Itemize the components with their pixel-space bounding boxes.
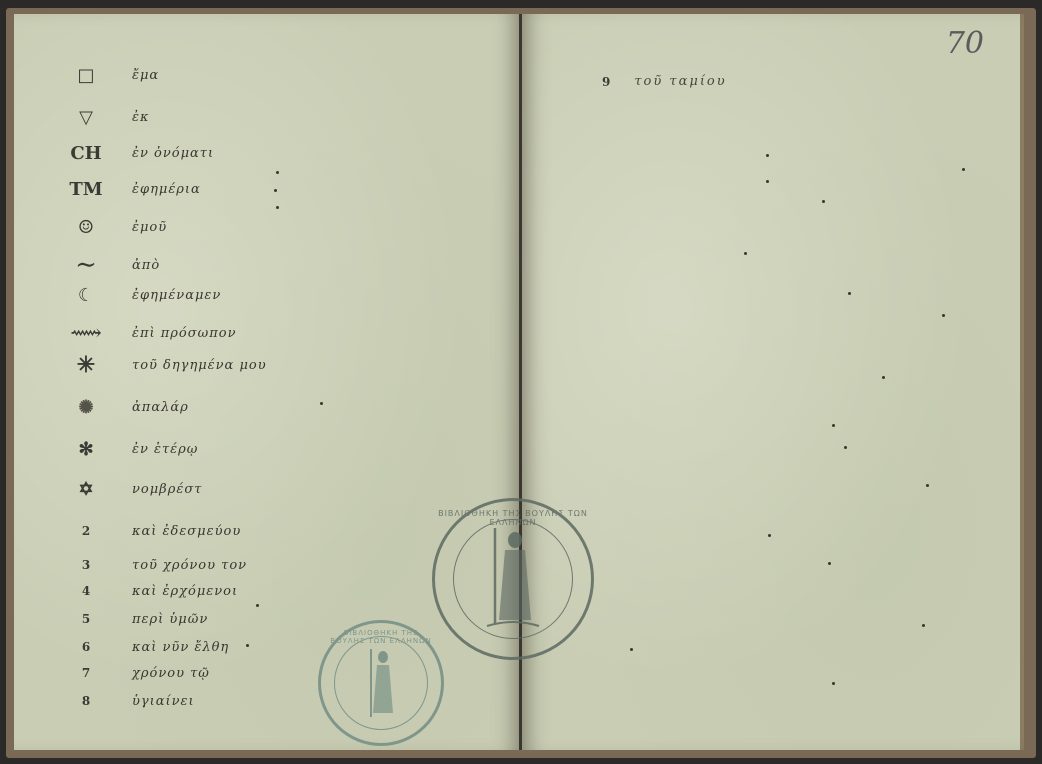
stamp-text: ΒΙΒΛΙΟΘΗΚΗ ΤΗΣ ΒΟΥΛΗΣ ΤΩΝ ΕΛΛΗΝΩΝ — [326, 629, 436, 645]
asterisk-symbol-icon: ✳ — [64, 352, 108, 378]
ink-dot — [768, 534, 771, 537]
arrow-flourish-symbol-icon: ⟿ — [64, 321, 108, 346]
ink-dot — [256, 604, 259, 607]
tm-ligature-symbol-icon: ΤΜ — [64, 179, 108, 200]
entry-text: ἐφημέρια — [132, 182, 201, 197]
ink-dot — [962, 168, 965, 171]
ink-dot — [844, 446, 847, 449]
ink-dot — [926, 484, 929, 487]
ink-dot — [832, 424, 835, 427]
entry-text: τοῦ ταμίου — [634, 74, 726, 89]
ink-dot — [744, 252, 747, 255]
numeral-label: 5 — [64, 612, 108, 626]
entry-text: ἔμα — [132, 68, 159, 83]
library-stamp-small: ΒΙΒΛΙΟΘΗΚΗ ΤΗΣ ΒΟΥΛΗΣ ΤΩΝ ΕΛΛΗΝΩΝ — [318, 620, 444, 746]
ink-dot — [822, 200, 825, 203]
crescent-moon-symbol-icon: ☾ — [64, 285, 108, 306]
ink-dot — [766, 180, 769, 183]
rosette-symbol-icon: ✺ — [64, 397, 108, 418]
hexagram-symbol-icon: ✡ — [64, 479, 108, 500]
entry-text: ἐπὶ πρόσωπον — [132, 326, 237, 341]
entry-text: καὶ νῦν ἔλθη — [132, 640, 229, 655]
entry-row: 9 τοῦ ταμίου — [602, 74, 727, 89]
entry-text: ἐφημέναμεν — [132, 288, 221, 303]
entry-text: καὶ ἐδεσμεύου — [132, 524, 241, 539]
face-symbol-icon: ☺ — [64, 217, 108, 238]
ink-dot — [942, 314, 945, 317]
entry-text: ἀπὸ — [132, 258, 160, 273]
numeral-label: 7 — [64, 666, 108, 680]
right-page: 70 9 τοῦ ταμίου — [522, 14, 1024, 750]
entry-text: περὶ ὑμῶν — [132, 612, 208, 627]
ink-dot — [832, 682, 835, 685]
ink-dot — [276, 171, 279, 174]
folio-number: 70 — [946, 26, 984, 61]
ink-dot — [274, 189, 277, 192]
entry-text: ἐκ — [132, 110, 150, 125]
ink-dot — [766, 154, 769, 157]
entry-text: τοῦ χρόνου τον — [132, 558, 247, 573]
ink-dot — [882, 376, 885, 379]
entry-text: καὶ ἐρχόμενοι — [132, 584, 238, 599]
entry-text: ἐμοῦ — [132, 220, 167, 235]
ink-dot — [320, 402, 323, 405]
entry-text: ἀπαλάρ — [132, 400, 189, 415]
star-symbol-icon: ✻ — [64, 439, 108, 460]
library-stamp-large: ΒΙΒΛΙΟΘΗΚΗ ΤΗΣ ΒΟΥΛΗΣ ΤΩΝ ΕΛΛΗΝΩΝ — [432, 498, 594, 660]
entry-text: ἐν ὀνόματι — [132, 146, 214, 161]
entry-text: χρόνου τῷ — [132, 666, 210, 681]
ink-dot — [276, 206, 279, 209]
left-page: □ ἔμα ▽ ἐκ CH ἐν ὀνόματι ΤΜ ἐφημέρια ☺ ἐ… — [14, 14, 521, 750]
ink-dot — [828, 562, 831, 565]
stamp-text: ΒΙΒΛΙΟΘΗΚΗ ΤΗΣ ΒΟΥΛΗΣ ΤΩΝ ΕΛΛΗΝΩΝ — [438, 509, 588, 527]
ch-ligature-symbol-icon: CH — [64, 143, 108, 164]
numeral-label: 8 — [64, 694, 108, 708]
ink-dot — [246, 644, 249, 647]
ink-dot — [922, 624, 925, 627]
entry-text: νομβρέστ — [132, 482, 202, 497]
entry-text: ὑγιαίνει — [132, 694, 195, 709]
numeral-label: 4 — [64, 584, 108, 598]
ink-dot — [848, 292, 851, 295]
triangle-symbol-icon: ▽ — [64, 107, 108, 128]
numeral-label: 6 — [64, 640, 108, 654]
wave-symbol-icon: ∼ — [64, 250, 108, 280]
entry-text: ἐν ἑτέρῳ — [132, 442, 198, 457]
numeral-label: 2 — [64, 524, 108, 538]
numeral-label: 9 — [602, 75, 610, 89]
square-symbol-icon: □ — [64, 65, 108, 86]
ink-dot — [630, 648, 633, 651]
manuscript-spread: □ ἔμα ▽ ἐκ CH ἐν ὀνόματι ΤΜ ἐφημέρια ☺ ἐ… — [0, 0, 1042, 764]
numeral-label: 3 — [64, 558, 108, 572]
entry-text: τοῦ δηγημένα μου — [132, 358, 267, 373]
